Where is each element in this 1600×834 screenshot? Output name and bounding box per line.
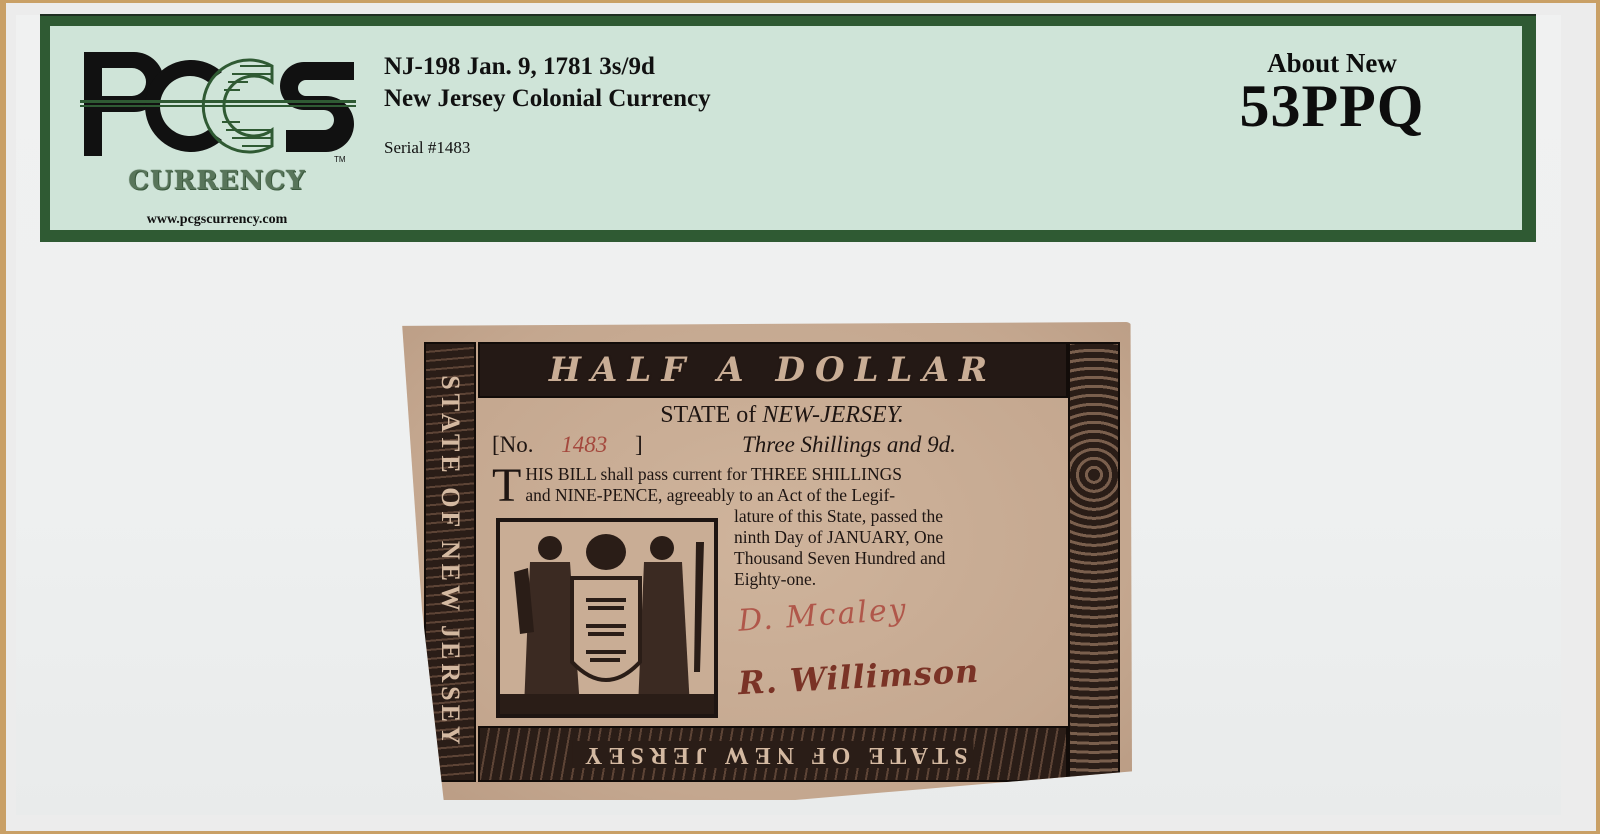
label-panel: TM CURRENCY www.pcgscurrency.com NJ-198 … xyxy=(50,26,1522,230)
banner-text: HALF A DOLLAR xyxy=(549,350,997,390)
serial-number: Serial #1483 xyxy=(384,138,711,158)
title-line: New Jersey Colonial Currency xyxy=(384,82,711,116)
note-info: NJ-198 Jan. 9, 1781 3s/9d New Jersey Col… xyxy=(384,52,711,158)
signature-1: D. Mcaley xyxy=(737,592,909,639)
bottom-border-ornament: STATE OF NEW JERSEY xyxy=(478,726,1068,782)
currency-wordmark: CURRENCY xyxy=(72,166,362,196)
grading-label: TM CURRENCY www.pcgscurrency.com NJ-198 … xyxy=(40,14,1536,242)
state-heading: STATE of NEW-JERSEY. xyxy=(502,400,1062,430)
dropcap: T xyxy=(492,466,521,506)
catalog-line: NJ-198 Jan. 9, 1781 3s/9d xyxy=(384,52,711,82)
right-border-ornament xyxy=(1068,342,1120,782)
grade-block: About New 53PPQ xyxy=(1212,48,1452,134)
coat-of-arms-icon xyxy=(500,522,714,714)
signature-2: R. Willimson xyxy=(737,652,980,703)
banknote: STATE OF NEW JERSEY HALF A DOLLAR STATE … xyxy=(400,322,1132,800)
pcgs-logo-icon: TM xyxy=(72,44,362,164)
svg-text:TM: TM xyxy=(334,155,346,164)
pcgs-logo: TM CURRENCY www.pcgscurrency.com xyxy=(72,44,362,204)
number-row: [No. 1483 ] Three Shillings and 9d. xyxy=(492,430,1062,460)
coat-of-arms-vignette xyxy=(496,518,718,718)
handwritten-serial: 1483 xyxy=(561,432,607,457)
no-label: [No. xyxy=(492,432,534,457)
grade-value: 53PPQ xyxy=(1212,78,1452,134)
denomination: Three Shillings and 9d. xyxy=(742,430,956,460)
top-banner: HALF A DOLLAR xyxy=(478,342,1068,398)
website-url: www.pcgscurrency.com xyxy=(72,212,362,228)
